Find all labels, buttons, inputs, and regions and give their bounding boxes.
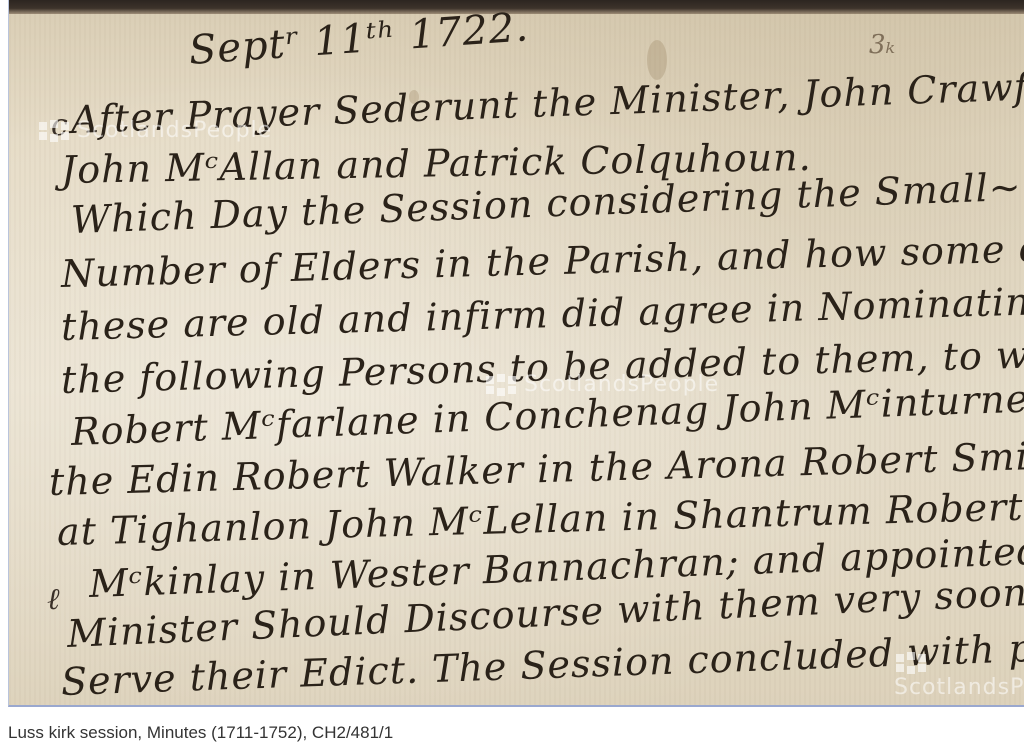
minute-date: Septʳ 11ᵗʰ 1722.	[187, 4, 530, 74]
scotlandspeople-logo-icon	[894, 652, 928, 674]
scotlandspeople-logo-icon	[37, 120, 71, 142]
watermark-text: ScotlandsPeople	[894, 675, 1024, 700]
watermark: ScotlandsPeople	[37, 118, 272, 143]
watermark-text: ScotlandsPeople	[524, 372, 719, 397]
manuscript-image: Septʳ 11ᵗʰ 1722. 3ₖ c ℓ After Prayer Sed…	[8, 0, 1024, 707]
scotlandspeople-logo-icon	[484, 374, 518, 396]
watermark-text: ScotlandsPeople	[77, 118, 272, 143]
figure-caption: Luss kirk session, Minutes (1711-1752), …	[8, 723, 393, 743]
watermark: ScotlandsPeople	[894, 650, 1024, 700]
page-corner-note: 3ₖ	[869, 30, 895, 60]
paper-stain	[647, 40, 667, 80]
margin-mark: ℓ	[47, 582, 60, 617]
watermark: ScotlandsPeople	[484, 372, 719, 397]
